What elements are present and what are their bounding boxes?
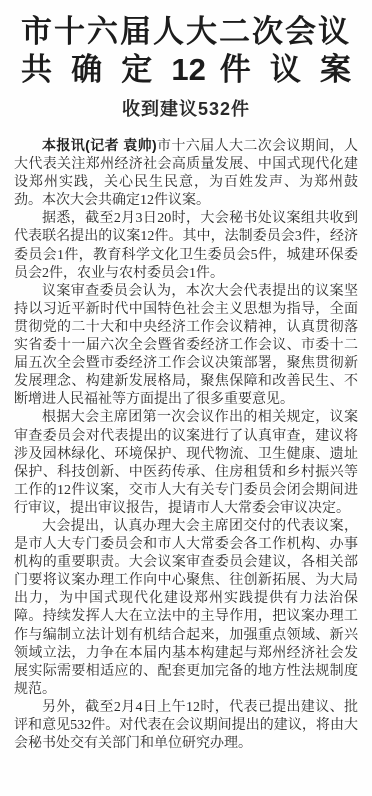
paragraph-6: 另外，截至2月4日上午12时，代表已提出建议、批评和意见532件。对代表在会议期… <box>14 699 358 753</box>
paragraph-3: 议案审查委员会认为，本次大会代表提出的议案坚持以习近平新时代中国特色社会主义思想… <box>14 283 358 410</box>
headline-line1: 市十六届人大二次会议 <box>21 12 351 51</box>
paragraph-2: 据悉，截至2月3日20时，大会秘书处议案组共收到代表联名提出的议案12件。其中，… <box>14 210 358 282</box>
article-headline: 市十六届人大二次会议 共 确 定 12 件 议 案 <box>21 12 351 89</box>
news-article: 市十六届人大二次会议 共 确 定 12 件 议 案 收到建议532件 本报讯(记… <box>0 0 372 796</box>
headline-line2: 共 确 定 12 件 议 案 <box>21 51 351 89</box>
paragraph-5: 大会提出，认真办理大会主席团交付的代表议案，是市人大专门委员会和市人大常委会各工… <box>14 518 358 699</box>
paragraph-1: 本报讯(记者 袁帅)市十六届人大二次会议期间，人大代表关注郑州经济社会高质量发展… <box>14 136 358 210</box>
paragraph-4: 根据大会主席团第一次会议作出的相关规定，议案审查委员会对代表提出的议案进行了认真… <box>14 409 358 518</box>
article-subtitle: 收到建议532件 <box>0 98 372 120</box>
byline: 本报讯(记者 袁帅) <box>42 137 157 153</box>
article-body: 本报讯(记者 袁帅)市十六届人大二次会议期间，人大代表关注郑州经济社会高质量发展… <box>14 136 358 753</box>
